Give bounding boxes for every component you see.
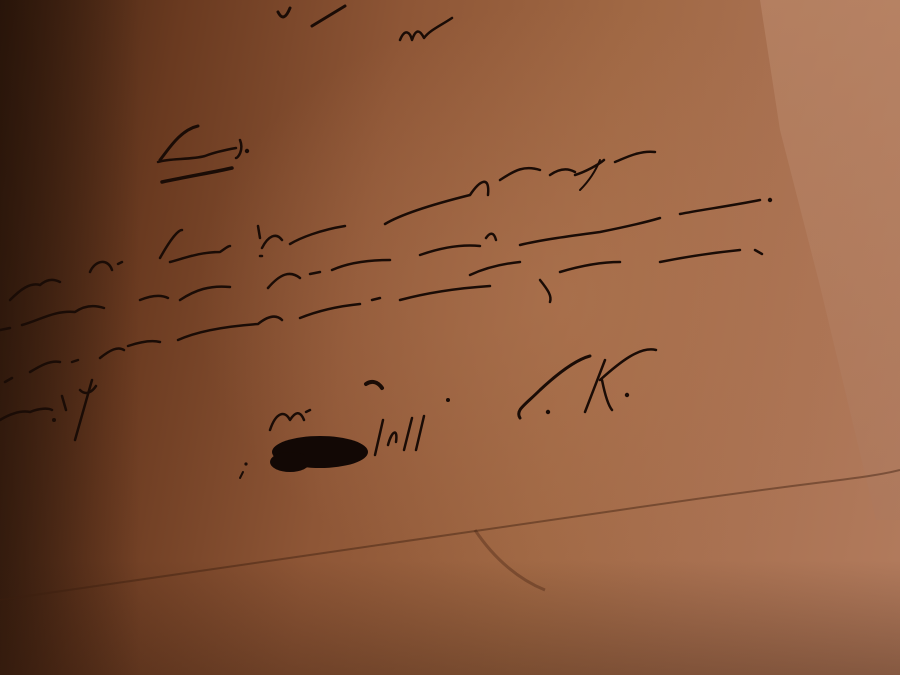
handwriting (0, 0, 900, 675)
manuscript-photo: Forord. Min Gud, lovet! ... Gid Du ... .… (0, 0, 900, 675)
signature-sk (519, 349, 656, 418)
date-line (240, 382, 450, 478)
heading-forord (158, 126, 249, 182)
